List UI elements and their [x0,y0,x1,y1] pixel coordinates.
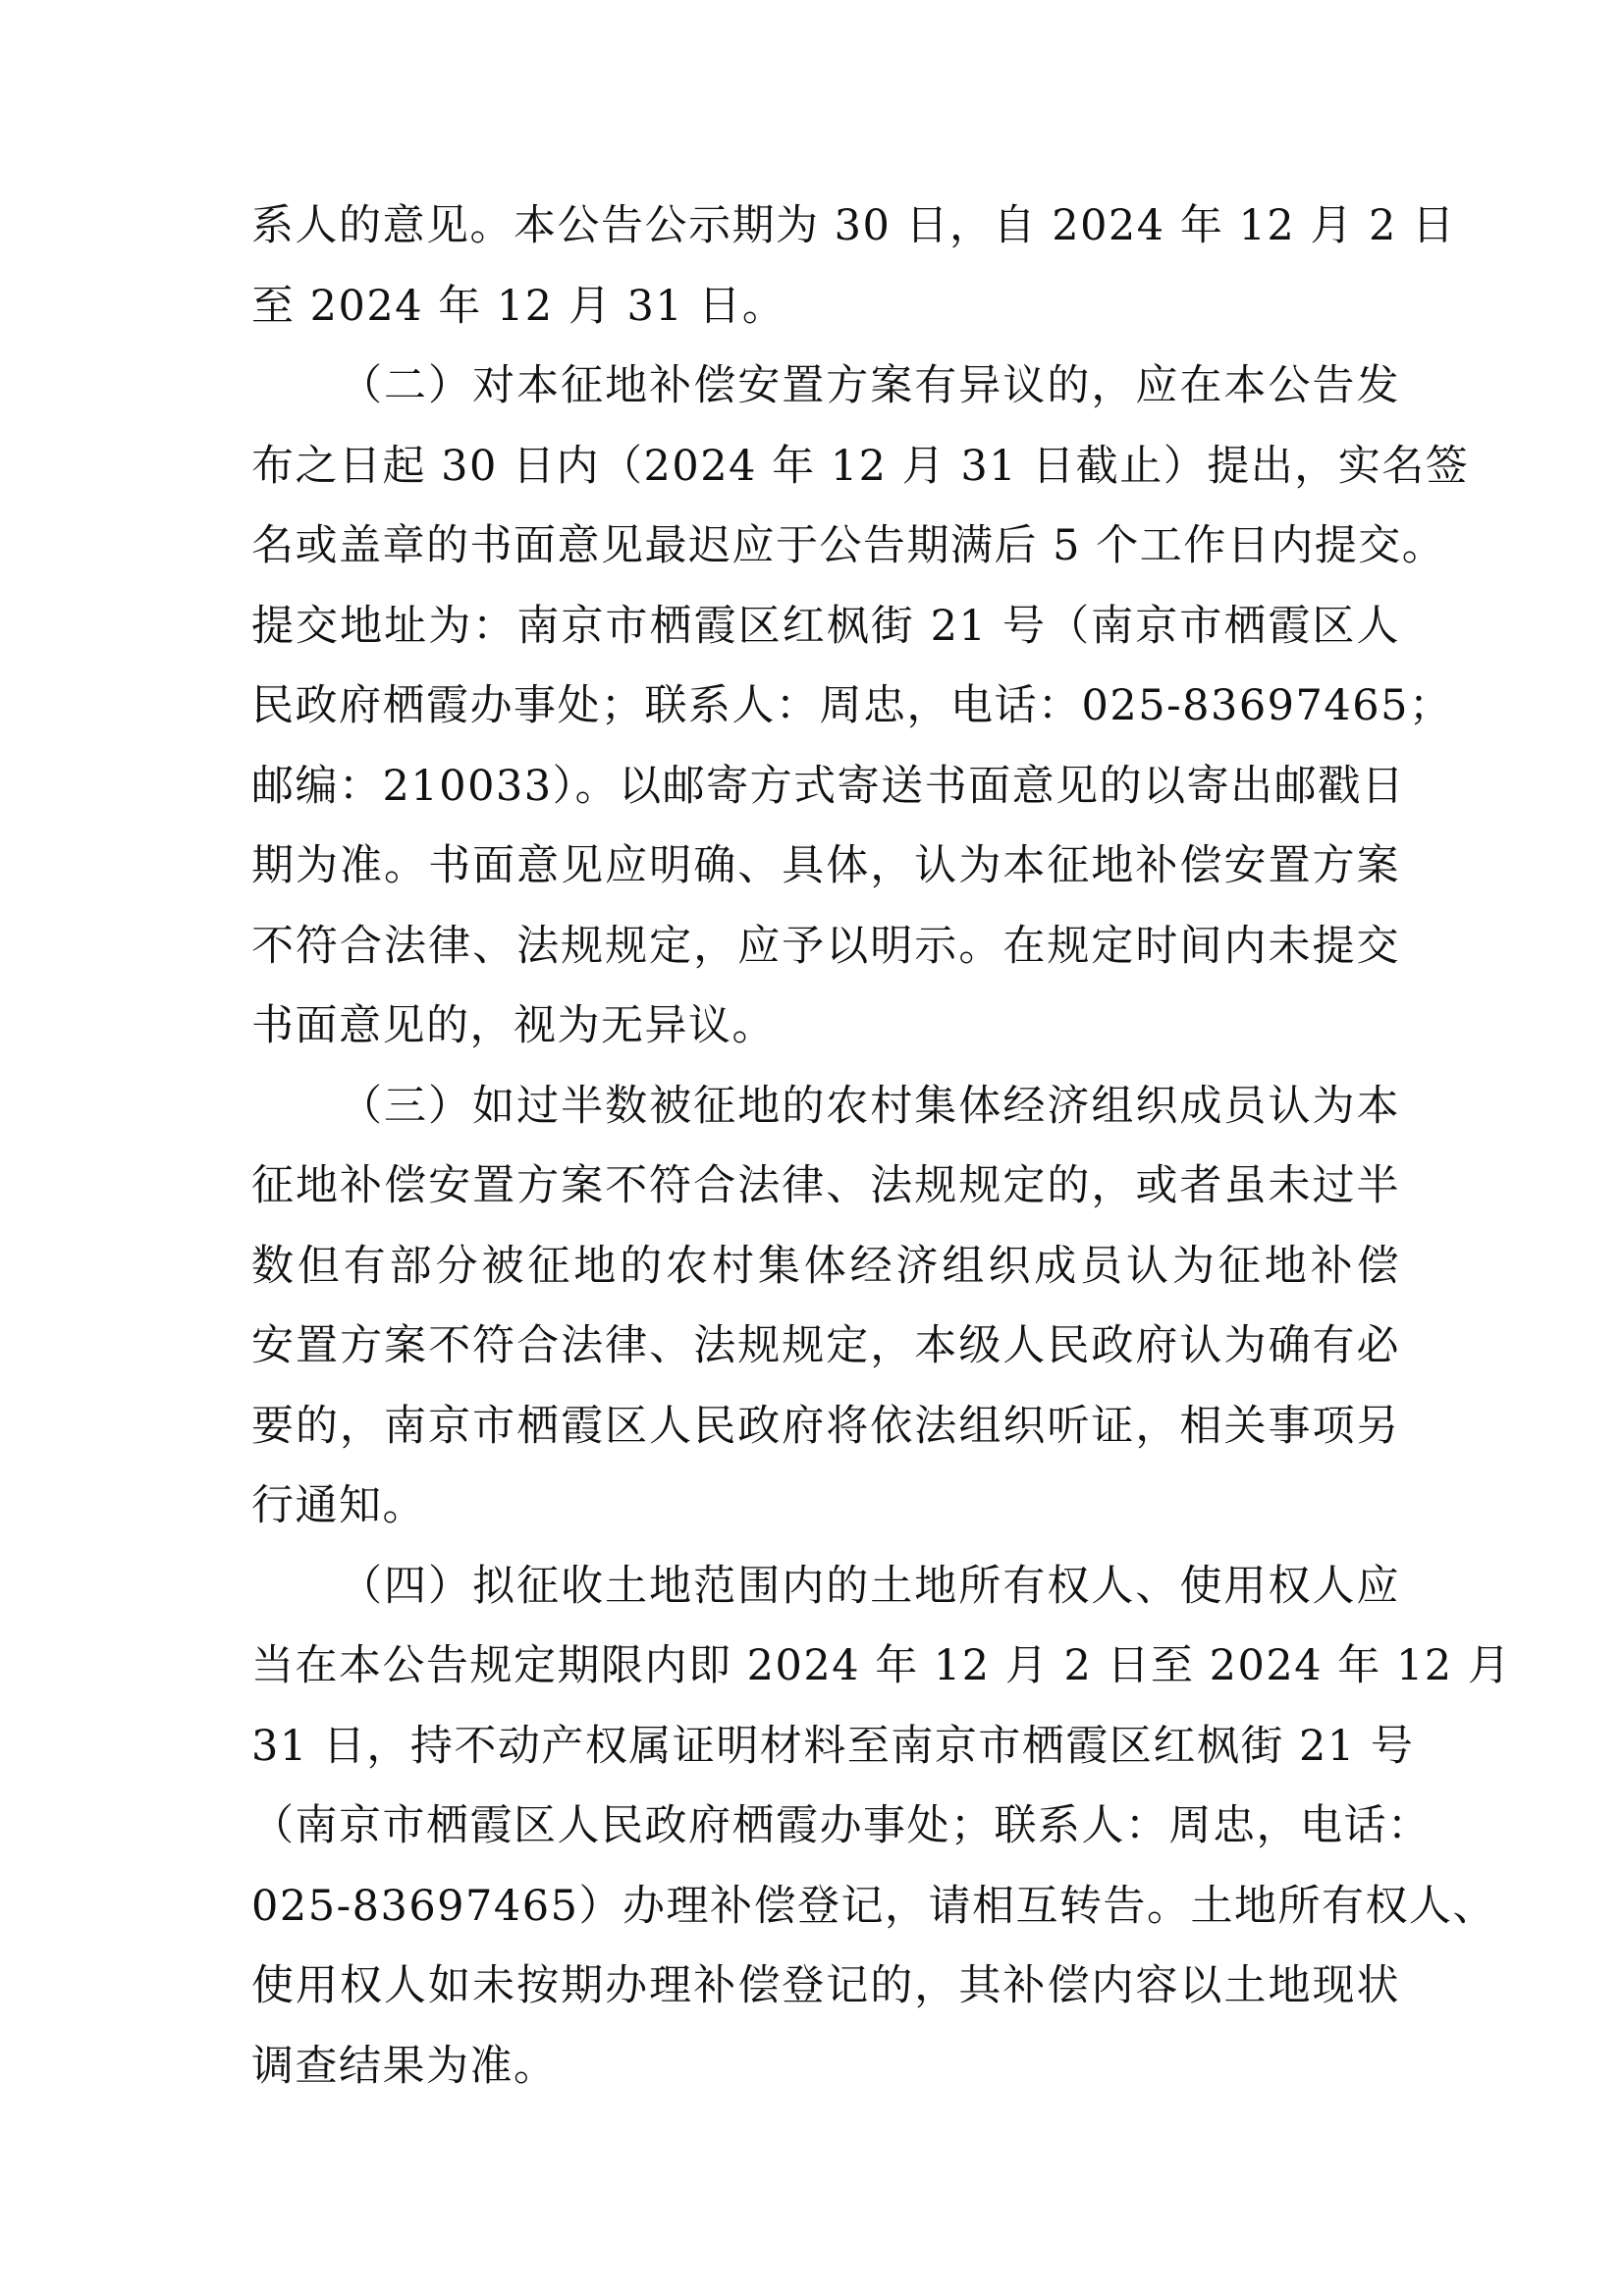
text-line: 025-83697465）办理补偿登记，请相互转告。土地所有权人、 [251,1867,1400,1948]
text-line: 调查结果为准。 [251,2027,1400,2108]
paragraph-hearing: （三）如过半数被征地的农村集体经济组织成员认为本 征地补偿安置方案不符合法律、法… [251,1067,1400,1547]
text-line: 书面意见的，视为无异议。 [251,987,1400,1067]
document-page: 系人的意见。本公告公示期为 30 日，自 2024 年 12 月 2 日 至 2… [0,0,1623,2296]
text-line: （三）如过半数被征地的农村集体经济组织成员认为本 [251,1067,1400,1148]
text-line: 邮编：210033）。以邮寄方式寄送书面意见的以寄出邮戳日 [251,747,1400,828]
document-body: 系人的意见。本公告公示期为 30 日，自 2024 年 12 月 2 日 至 2… [251,187,1400,2107]
text-line: 31 日，持不动产权属证明材料至南京市栖霞区红枫街 21 号 [251,1707,1400,1788]
text-line: （四）拟征收土地范围内的土地所有权人、使用权人应 [251,1547,1400,1628]
text-line: 至 2024 年 12 月 31 日。 [251,267,1400,347]
text-line: 安置方案不符合法律、法规规定，本级人民政府认为确有必 [251,1307,1400,1387]
text-line: 数但有部分被征地的农村集体经济组织成员认为征地补偿 [251,1227,1400,1308]
text-line: 不符合法律、法规规定，应予以明示。在规定时间内未提交 [251,907,1400,988]
text-line: （南京市栖霞区人民政府栖霞办事处；联系人：周忠，电话： [251,1787,1400,1867]
text-line: 行通知。 [251,1467,1400,1547]
text-line: 要的，南京市栖霞区人民政府将依法组织听证，相关事项另 [251,1387,1400,1468]
text-line: 征地补偿安置方案不符合法律、法规规定的，或者虽未过半 [251,1147,1400,1227]
text-line: 民政府栖霞办事处；联系人：周忠，电话：025-83697465； [251,667,1400,747]
text-line: 当在本公告规定期限内即 2024 年 12 月 2 日至 2024 年 12 月 [251,1627,1400,1707]
text-line: 提交地址为：南京市栖霞区红枫街 21 号（南京市栖霞区人 [251,587,1400,667]
text-line: 布之日起 30 日内（2024 年 12 月 31 日截止）提出，实名签 [251,427,1400,507]
text-line: 名或盖章的书面意见最迟应于公告期满后 5 个工作日内提交。 [251,507,1400,587]
paragraph-registration: （四）拟征收土地范围内的土地所有权人、使用权人应 当在本公告规定期限内即 202… [251,1547,1400,2108]
paragraph-continued: 系人的意见。本公告公示期为 30 日，自 2024 年 12 月 2 日 至 2… [251,187,1400,347]
text-line: 系人的意见。本公告公示期为 30 日，自 2024 年 12 月 2 日 [251,187,1400,267]
text-line: 期为准。书面意见应明确、具体，认为本征地补偿安置方案 [251,827,1400,907]
text-line: （二）对本征地补偿安置方案有异议的，应在本公告发 [251,347,1400,427]
paragraph-objection: （二）对本征地补偿安置方案有异议的，应在本公告发 布之日起 30 日内（2024… [251,347,1400,1067]
text-line: 使用权人如未按期办理补偿登记的，其补偿内容以土地现状 [251,1947,1400,2027]
